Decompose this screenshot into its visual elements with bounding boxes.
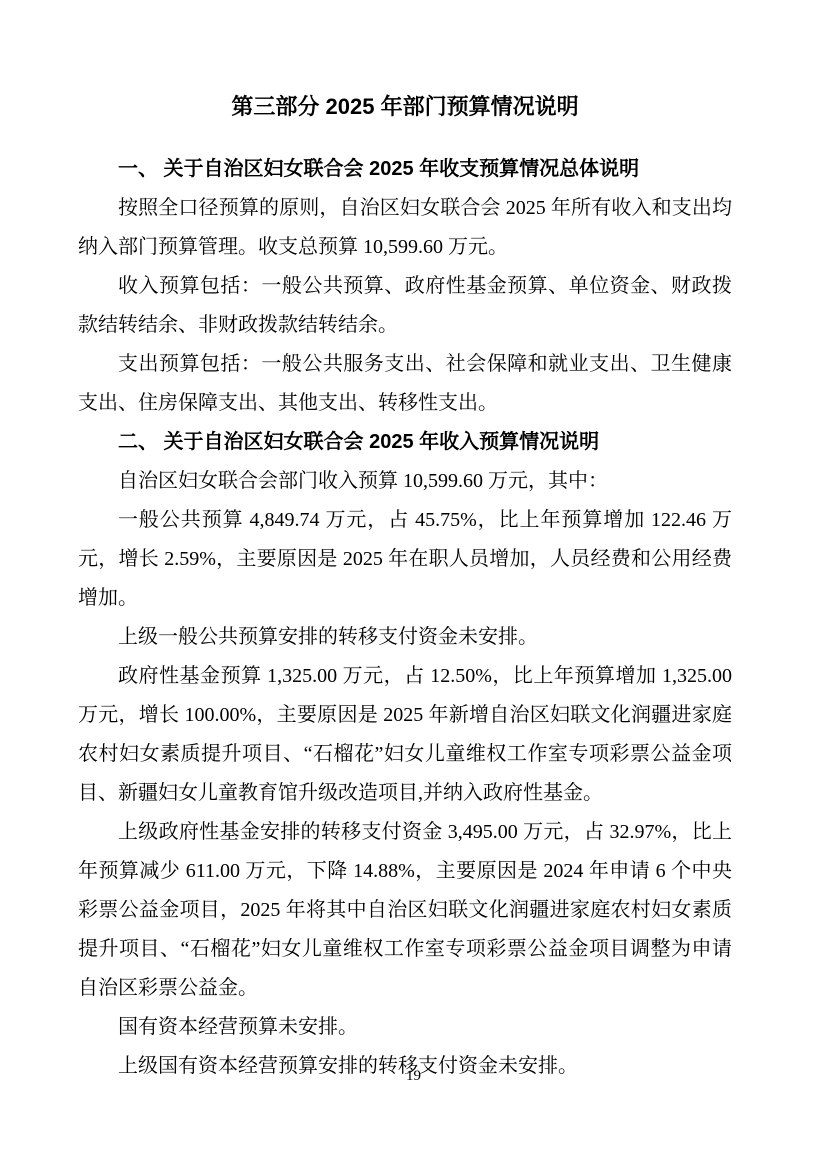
section-2-paragraph-superior-general-transfer: 上级一般公共预算安排的转移支付资金未安排。 [78, 618, 732, 657]
section-2-paragraph-general-public-budget: 一般公共预算 4,849.74 万元，占 45.75%，比上年预算增加 122.… [78, 501, 732, 618]
section-1-heading: 一、 关于自治区妇女联合会 2025 年收支预算情况总体说明 [78, 150, 732, 189]
section-2-paragraph-government-fund-budget: 政府性基金预算 1,325.00 万元，占 12.50%，比上年预算增加 1,3… [78, 657, 732, 813]
section-2-paragraph-total-revenue: 自治区妇女联合会部门收入预算 10,599.60 万元，其中： [78, 462, 732, 501]
document-content: 第三部分 2025 年部门预算情况说明 一、 关于自治区妇女联合会 2025 年… [78, 90, 732, 1086]
document-page: 第三部分 2025 年部门预算情况说明 一、 关于自治区妇女联合会 2025 年… [0, 0, 827, 1170]
section-2-paragraph-superior-fund-transfer: 上级政府性基金安排的转移支付资金 3,495.00 万元，占 32.97%，比上… [78, 813, 732, 1008]
section-2-heading: 二、 关于自治区妇女联合会 2025 年收入预算情况说明 [78, 423, 732, 462]
section-1-paragraph-revenue-scope: 收入预算包括：一般公共预算、政府性基金预算、单位资金、财政拨款结转结余、非财政拨… [78, 267, 732, 345]
section-1-paragraph-overall-budget: 按照全口径预算的原则，自治区妇女联合会 2025 年所有收入和支出均纳入部门预算… [78, 189, 732, 267]
page-number: 19 [0, 1066, 827, 1086]
section-1-paragraph-expenditure-scope: 支出预算包括：一般公共服务支出、社会保障和就业支出、卫生健康支出、住房保障支出、… [78, 345, 732, 423]
section-2-paragraph-state-capital-budget: 国有资本经营预算未安排。 [78, 1008, 732, 1047]
document-title: 第三部分 2025 年部门预算情况说明 [78, 90, 732, 124]
